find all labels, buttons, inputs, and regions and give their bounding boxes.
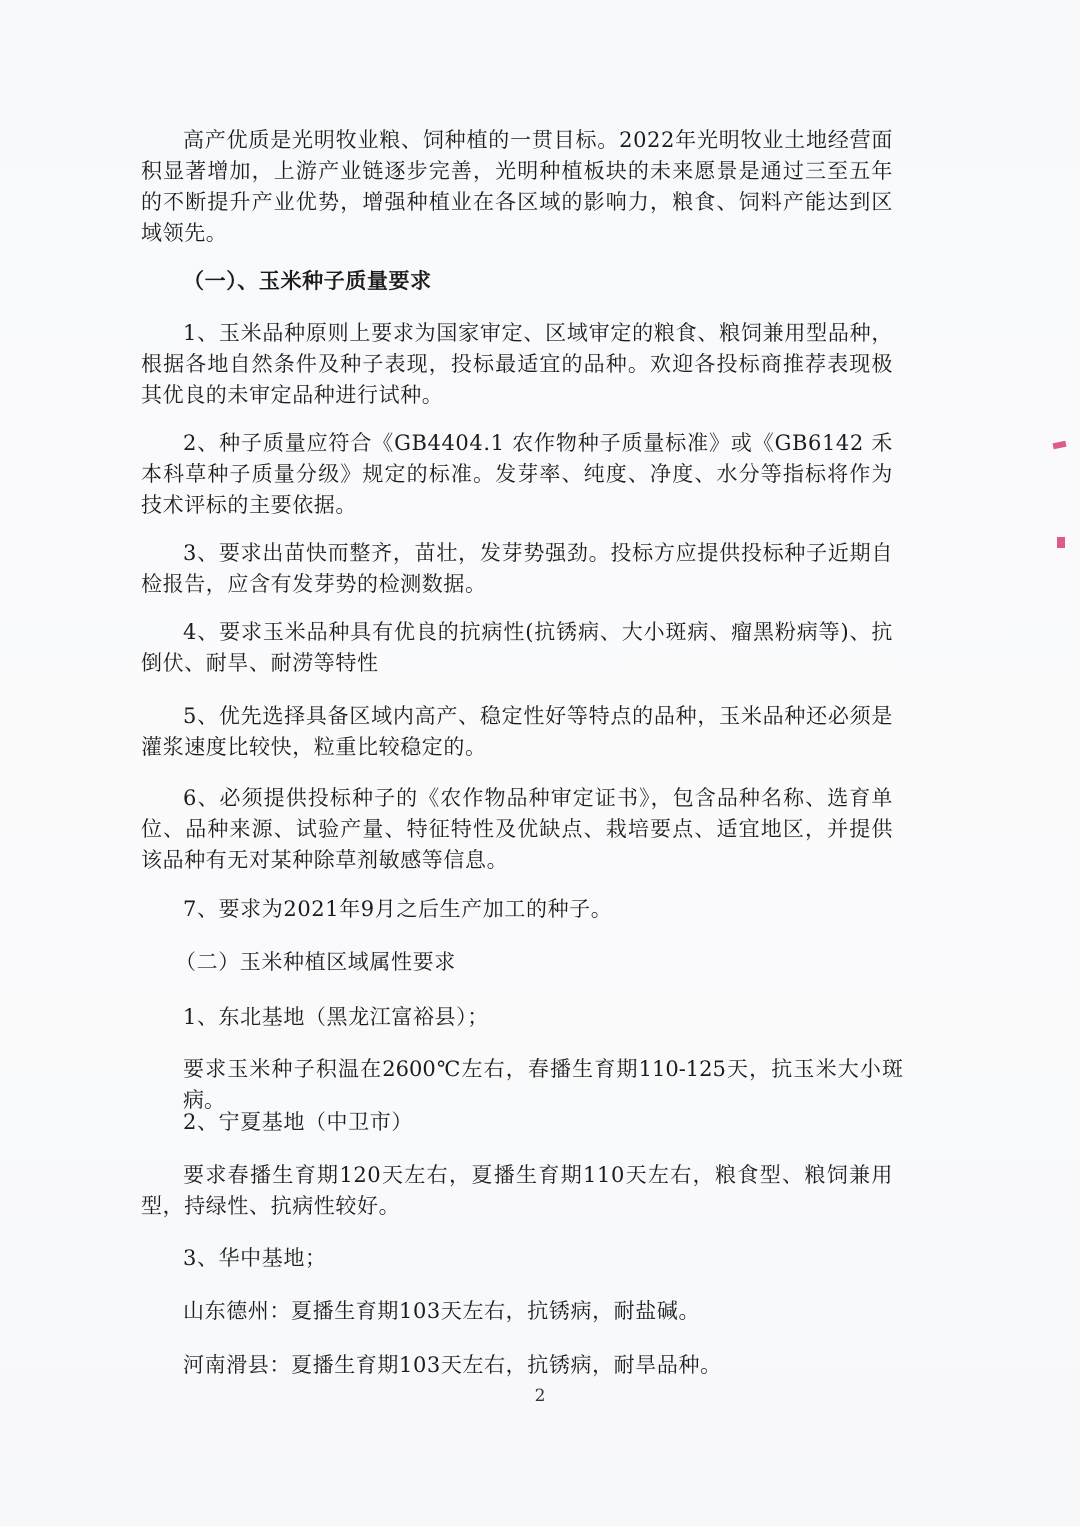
base-1-title: 1、东北基地（黑龙江富裕县）； — [183, 1002, 903, 1033]
section-1-item-4: 4、要求玉米品种具有优良的抗病性(抗锈病、大小斑病、瘤黑粉病等)、抗倒伏、耐旱、… — [141, 617, 893, 679]
section-1-item-7: 7、要求为2021年9月之后生产加工的种子。 — [141, 894, 893, 925]
base-3-title: 3、华中基地； — [183, 1243, 903, 1274]
section-1-heading: （一）、玉米种子质量要求 — [141, 265, 893, 296]
document-page: 高产优质是光明牧业粮、饲种植的一贯目标。2022年光明牧业土地经营面积显著增加，… — [0, 0, 1080, 1526]
page-number: 2 — [0, 1386, 1080, 1406]
seal-mark-top — [1053, 441, 1067, 450]
section-1-item-5: 5、优先选择具备区域内高产、稳定性好等特点的品种，玉米品种还必须是灌浆速度比较快… — [141, 701, 893, 763]
section-1-item-2: 2、种子质量应符合《GB4404.1 农作物种子质量标准》或《GB6142 禾本… — [141, 428, 893, 521]
seal-mark-bottom — [1057, 537, 1065, 548]
base-2-title: 2、宁夏基地（中卫市） — [183, 1107, 903, 1138]
section-1-item-6: 6、必须提供投标种子的《农作物品种审定证书》，包含品种名称、选育单位、品种来源、… — [141, 783, 893, 876]
section-1-item-3: 3、要求出苗快而整齐，苗壮，发芽势强劲。投标方应提供投标种子近期自检报告，应含有… — [141, 538, 893, 600]
base-3-detail-shandong: 山东德州：夏播生育期103天左右，抗锈病，耐盐碱。 — [183, 1296, 903, 1327]
base-3-detail-henan: 河南滑县：夏播生育期103天左右，抗锈病，耐旱品种。 — [183, 1350, 903, 1381]
section-1-item-1: 1、玉米品种原则上要求为国家审定、区域审定的粮食、粮饲兼用型品种，根据各地自然条… — [141, 318, 893, 411]
section-2-heading: （二）玉米种植区域属性要求 — [175, 947, 895, 978]
base-2-detail: 要求春播生育期120天左右，夏播生育期110天左右，粮食型、粮饲兼用型，持绿性、… — [141, 1160, 893, 1222]
intro-paragraph: 高产优质是光明牧业粮、饲种植的一贯目标。2022年光明牧业土地经营面积显著增加，… — [141, 125, 893, 249]
